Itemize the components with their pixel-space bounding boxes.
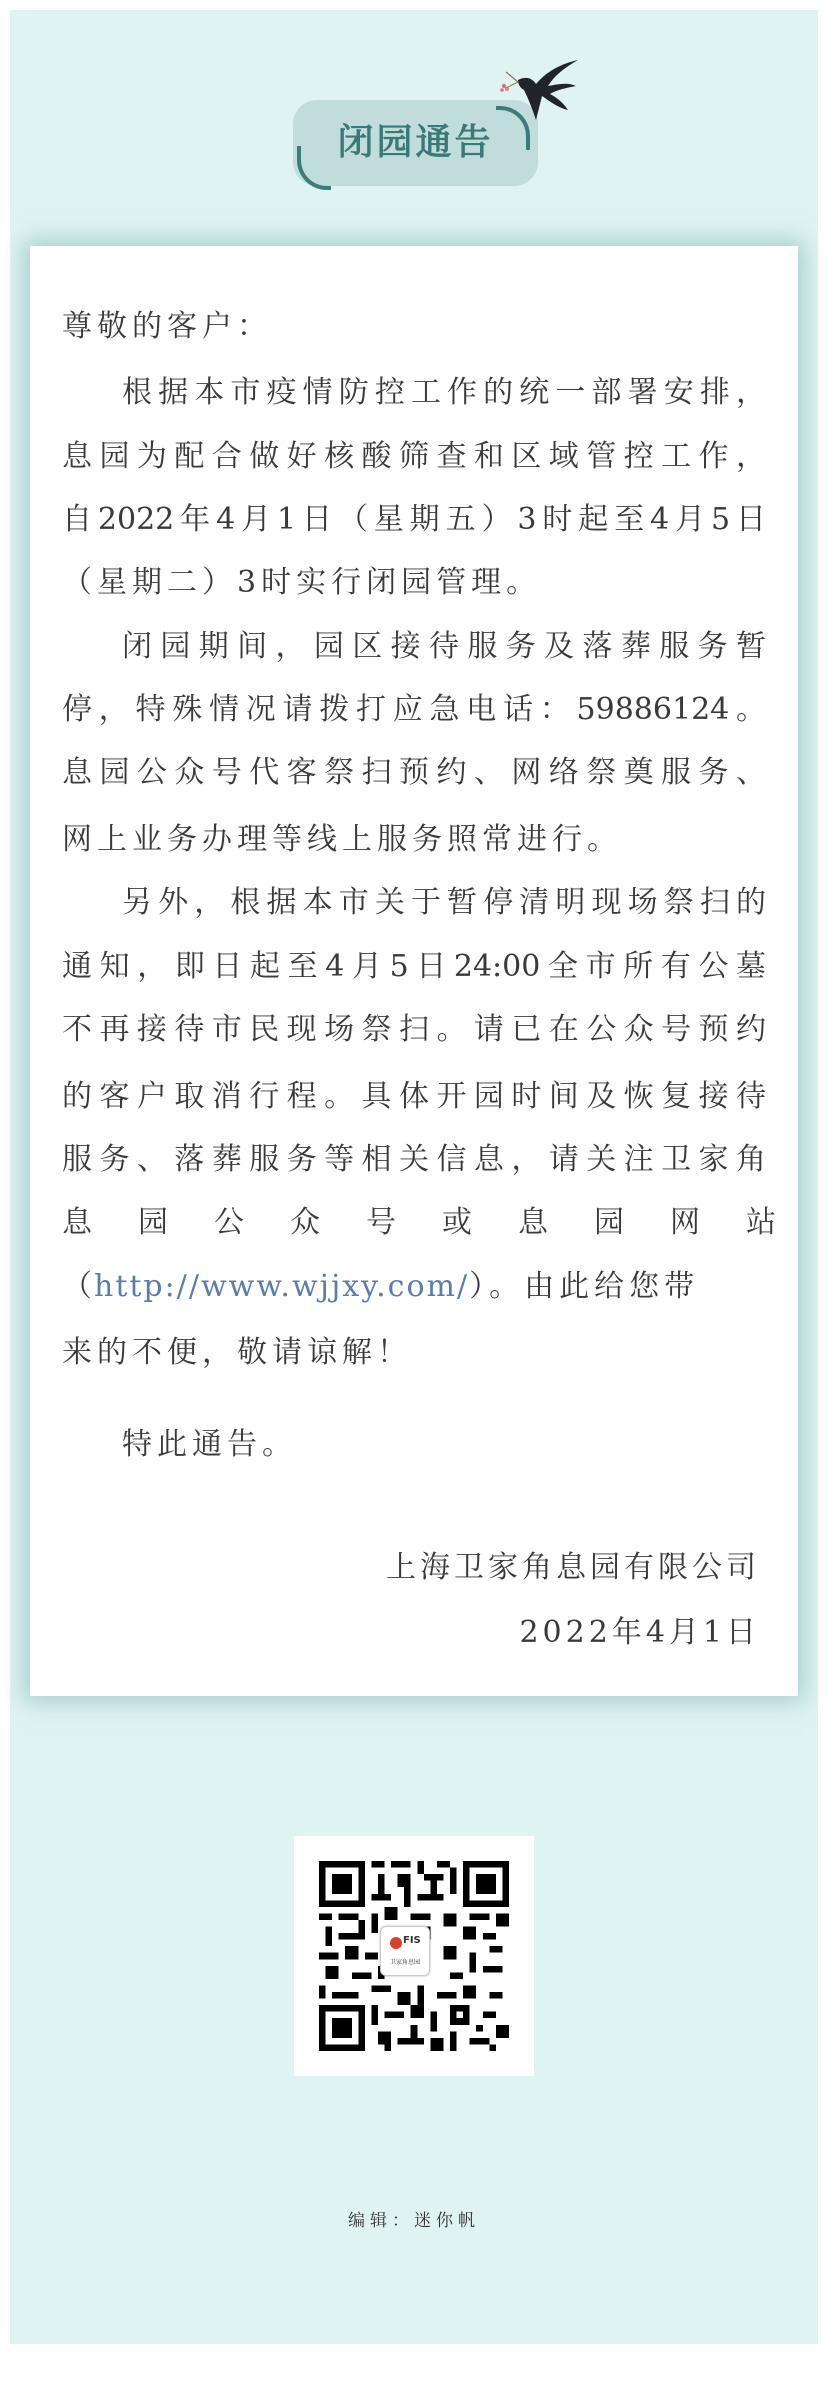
link-trailing-text: ）。由此给您带 (469, 1269, 699, 1304)
paragraph-line: 服务、落葬服务等相关信息，请关注卫家角 (62, 1128, 766, 1192)
qr-code-card: FIS 卫家角息园 (294, 1836, 534, 2076)
editor-credit: 编辑：迷你帆 (0, 2206, 828, 2231)
qr-logo: FIS 卫家角息园 (380, 1926, 430, 1976)
paragraph-line: 停，特殊情况请拨打应急电话：59886124。 (62, 678, 766, 742)
logo-name: 卫家角息园 (385, 1957, 425, 1966)
website-line: （http://www.wjjxy.com/）。由此给您带 (62, 1255, 766, 1319)
paragraph-line: （星期二）3时实行闭园管理。 (62, 551, 766, 615)
paragraph-line: 不再接待市民现场祭扫。请已在公众号预约 (62, 998, 766, 1062)
paragraph-line: 息园公众号代客祭扫预约、网络祭奠服务、 (62, 741, 766, 805)
paragraph-line: 息园为配合做好核酸筛查和区域管控工作， (62, 425, 766, 489)
paragraph-line: 根据本市疫情防控工作的统一部署安排， (122, 361, 766, 425)
signature-company: 上海卫家角息园有限公司 (62, 1536, 760, 1600)
paragraph-line: 息园公众号或息园网站 (62, 1191, 766, 1255)
paragraph-line: 来的不便，敬请谅解！ (62, 1321, 766, 1385)
paragraph-line: 通知，即日起至4月5日24:00全市所有公墓 (62, 935, 766, 999)
logo-mark-icon (390, 1937, 402, 1949)
open-paren: （ (62, 1269, 94, 1304)
signature-date: 2022年4月1日 (62, 1601, 760, 1665)
closing-text: 特此通告。 (122, 1413, 826, 1477)
paragraph-line: 另外，根据本市关于暂停清明现场祭扫的 (122, 871, 766, 935)
paragraph-line: 的客户取消行程。具体开园时间及恢复接待 (62, 1065, 766, 1129)
greeting: 尊敬的客户： (62, 295, 766, 359)
paragraph-line: 自2022年4月1日（星期五）3时起至4月5日 (62, 488, 766, 552)
paragraph-line: 闭园期间，园区接待服务及落葬服务暂 (122, 615, 766, 679)
swallow-bird-icon (498, 58, 580, 122)
website-link[interactable]: http://www.wjjxy.com/ (94, 1269, 469, 1304)
paragraph-line: 网上业务办理等线上服务照常进行。 (62, 808, 766, 872)
logo-text: FIS (403, 1935, 421, 1946)
